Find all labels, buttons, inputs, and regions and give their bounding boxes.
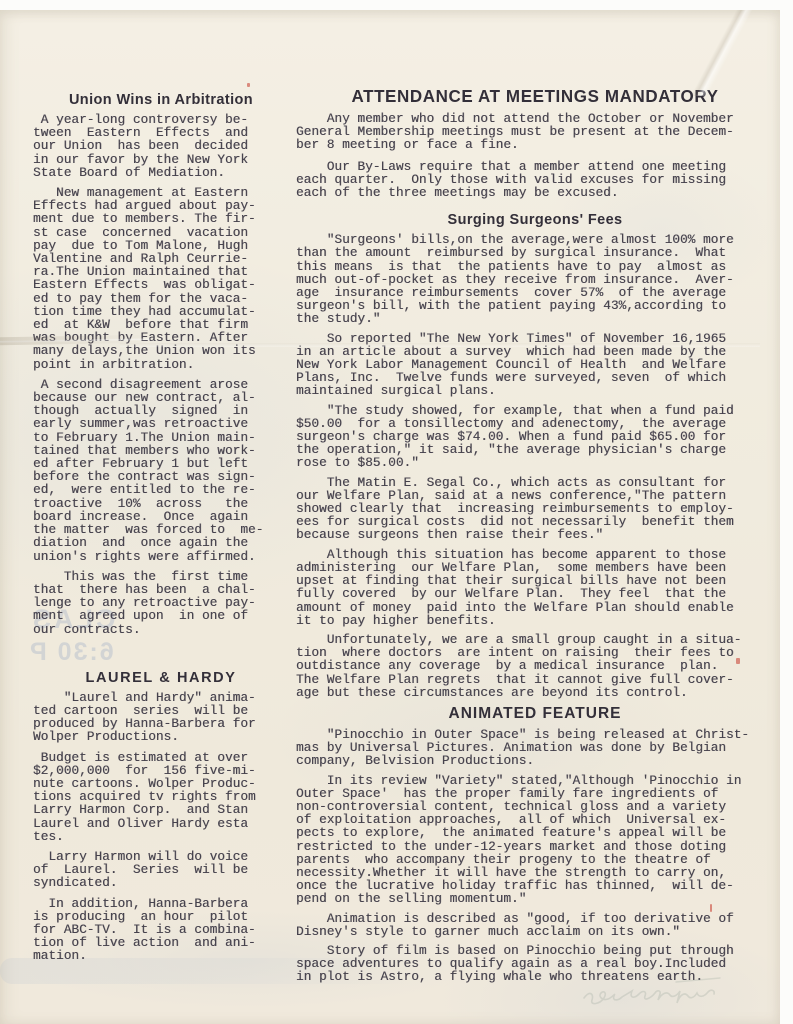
paragraph: Story of film is based on Pinocchio bein… [296,944,774,984]
paragraph: "Surgeons' bills,on the average,were alm… [296,233,774,325]
paragraph: Our By-Laws require that a member attend… [296,160,774,200]
section-attendance: ATTENDANCE AT MEETINGS MANDATORY Any mem… [296,87,774,199]
paragraph: "Laurel and Hardy" anima- ted cartoon se… [33,691,289,744]
paragraph: This was the first time that there has b… [33,570,289,636]
paragraph: "Pinocchio in Outer Space" is being rele… [296,728,774,768]
paragraph: "The study showed, for example, that whe… [296,404,774,470]
paragraph: Although this situation has become appar… [296,548,774,627]
section-heading-animated-feature: ANIMATED FEATURE [296,705,774,723]
paragraph: Larry Harmon will do voice of Laurel. Se… [33,850,289,890]
paper-crease-top-right [660,10,780,96]
paragraph: In addition, Hanna-Barbera is producing … [33,897,289,963]
newsletter-page: CLAS 6:30 P Union Wins in Arbitration A … [0,10,780,1024]
section-heading-attendance: ATTENDANCE AT MEETINGS MANDATORY [296,87,774,107]
section-laurel-hardy: LAUREL & HARDY "Laurel and Hardy" anima-… [33,670,289,963]
paragraph: In its review "Variety" stated,"Although… [296,774,774,906]
paragraph: Animation is described as "good, if too … [296,912,774,938]
left-column: Union Wins in Arbitration A year-long co… [33,92,289,970]
scanner-background: CLAS 6:30 P Union Wins in Arbitration A … [0,0,793,1024]
section-animated-feature: ANIMATED FEATURE "Pinocchio in Outer Spa… [296,705,774,984]
paragraph: Unfortunately, we are a small group caug… [296,633,774,699]
section-heading-surgeons-fees: Surging Surgeons' Fees [296,212,774,228]
paragraph: Any member who did not attend the Octobe… [296,112,774,152]
paragraph: A second disagreement arose because our … [33,378,289,563]
section-union-wins: Union Wins in Arbitration A year-long co… [33,92,289,636]
red-ink-speck [247,83,250,87]
paragraph: The Matin E. Segal Co., which acts as co… [296,476,774,542]
paragraph: New management at Eastern Effects had ar… [33,186,289,371]
paragraph: A year-long controversy be- tween Easter… [33,113,289,179]
paragraph: So reported "The New York Times" of Nove… [296,332,774,398]
right-column: ATTENDANCE AT MEETINGS MANDATORY Any mem… [296,87,774,990]
section-heading-union-wins: Union Wins in Arbitration [33,92,289,108]
paragraph: Budget is estimated at over $2,000,000 f… [33,751,289,843]
section-surgeons-fees: Surging Surgeons' Fees "Surgeons' bills,… [296,212,774,699]
section-heading-laurel-hardy: LAUREL & HARDY [33,670,289,686]
